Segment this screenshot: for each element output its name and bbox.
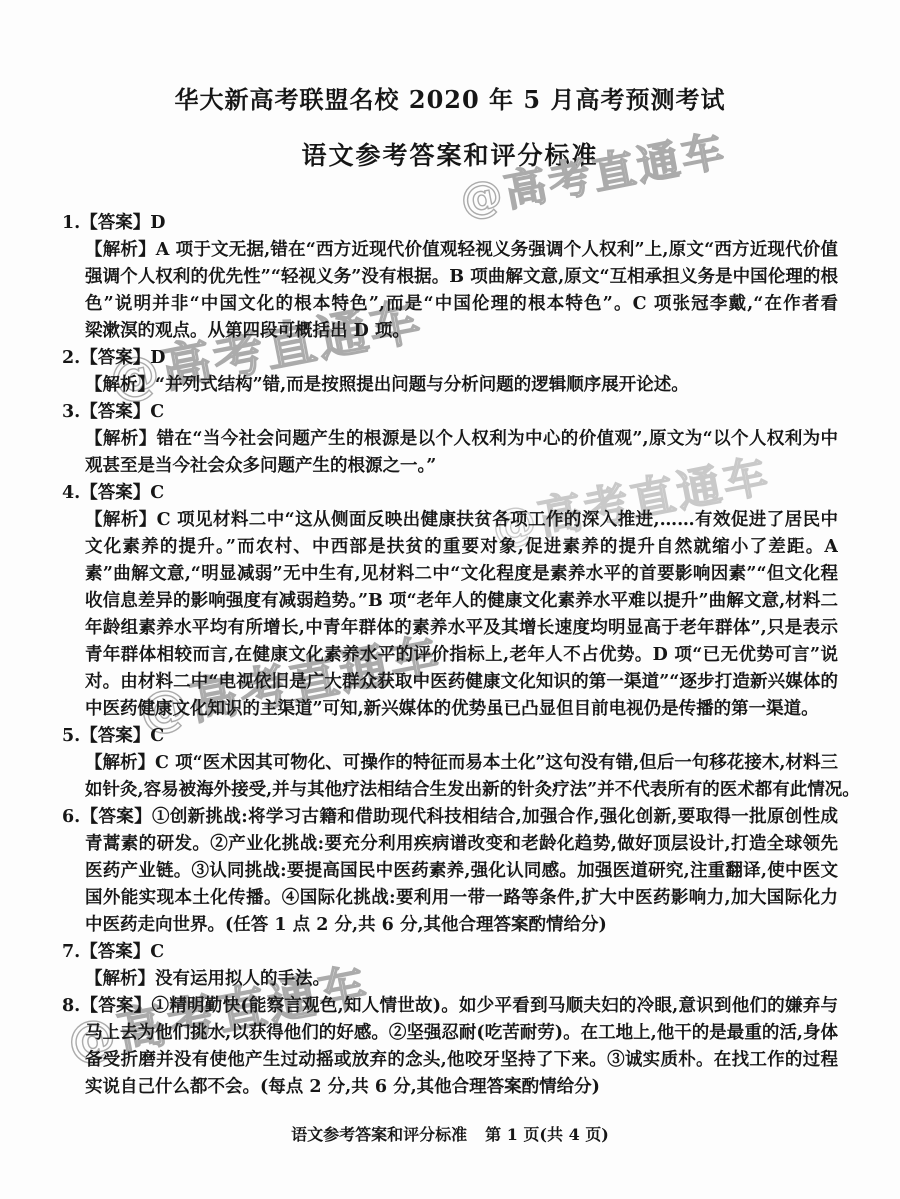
answer-line: 8.【答案】①精明勤快(能察言观色,知人情世故)。如少平看到马顺夫妇的冷眼,意识… <box>62 993 838 1020</box>
answer-line: 2.【答案】D <box>62 345 838 372</box>
answer-line: 梁漱溟的观点。从第四段可概括出 D 项。 <box>85 318 838 345</box>
answer-line: 国外能实现本土化传播。④国际化挑战:要利用一带一路等条件,扩大中医药影响力,加大… <box>85 885 838 912</box>
answer-line: 素”曲解文意,“明显减弱”无中生有,见材料二中“文化程度是素养水平的首要影响因素… <box>85 561 838 588</box>
answer-line: 备受折磨并没有使他产生过动摇或放弃的念头,他咬牙坚持了下来。③诚实质朴。在找工作… <box>85 1047 838 1074</box>
answer-line: 7.【答案】C <box>62 939 838 966</box>
page-footer: 语文参考答案和评分标准第 1 页(共 4 页) <box>0 1122 900 1145</box>
answer-line: 4.【答案】C <box>62 480 838 507</box>
page-title: 华大新高考联盟名校 2020 年 5 月高考预测考试 <box>0 80 900 115</box>
answer-item: 2.【答案】D【解析】“并列式结构”错,而是按照提出问题与分析问题的逻辑顺序展开… <box>62 345 838 399</box>
answer-line: 3.【答案】C <box>62 399 838 426</box>
answer-line: 文化素养的提升。”而农村、中西部是扶贫的重要对象,促进素养的提升自然就缩小了差距… <box>85 534 838 561</box>
answer-line: 5.【答案】C <box>62 723 838 750</box>
answer-line: 【解析】没有运用拟人的手法。 <box>85 966 838 993</box>
answer-item: 3.【答案】C【解析】错在“当今社会问题产生的根源是以个人权利为中心的价值观”,… <box>62 399 838 480</box>
footer-page-info: 第 1 页(共 4 页) <box>485 1125 609 1144</box>
footer-doc-label: 语文参考答案和评分标准 <box>291 1125 467 1144</box>
answer-line: 中医药走向世界。(任答 1 点 2 分,共 6 分,其他合理答案酌情给分) <box>85 912 838 939</box>
answer-line: 6.【答案】①创新挑战:将学习古籍和借助现代科技相结合,加强合作,强化创新,要取… <box>62 804 838 831</box>
answer-item: 6.【答案】①创新挑战:将学习古籍和借助现代科技相结合,加强合作,强化创新,要取… <box>62 804 838 939</box>
answer-line: 【解析】C 项“医术因其可物化、可操作的特征而易本土化”这句没有错,但后一句移花… <box>85 750 838 777</box>
answer-line: 【解析】A 项于文无据,错在“西方近现代价值观轻视义务强调个人权利”上,原文“西… <box>85 237 838 264</box>
answer-line: 强调个人权利的优先性”“轻视义务”没有根据。B 项曲解文意,原文“互相承担义务是… <box>85 264 838 291</box>
answer-line: 青年群体相较而言,在健康文化素养水平的评价指标上,老年人不占优势。D 项“已无优… <box>85 642 838 669</box>
answer-item: 5.【答案】C【解析】C 项“医术因其可物化、可操作的特征而易本土化”这句没有错… <box>62 723 838 804</box>
answer-item: 1.【答案】D【解析】A 项于文无据,错在“西方近现代价值观轻视义务强调个人权利… <box>62 210 838 345</box>
answer-line: 马上去为他们挑水,以获得他们的好感。②坚强忍耐(吃苦耐劳)。在工地上,他干的是最… <box>85 1020 838 1047</box>
answer-line: 实说自己什么都不会。(每点 2 分,共 6 分,其他合理答案酌情给分) <box>85 1074 838 1101</box>
answer-line: 【解析】“并列式结构”错,而是按照提出问题与分析问题的逻辑顺序展开论述。 <box>85 372 838 399</box>
answer-line: 【解析】C 项见材料二中“这从侧面反映出健康扶贫各项工作的深入推进,……有效促进… <box>85 507 838 534</box>
answer-line: 色”说明并非“中国文化的根本特色”,而是“中国伦理的根本特色”。C 项张冠李戴,… <box>85 291 838 318</box>
page-subtitle: 语文参考答案和评分标准 <box>0 136 900 172</box>
answer-item: 7.【答案】C【解析】没有运用拟人的手法。 <box>62 939 838 993</box>
answer-item: 8.【答案】①精明勤快(能察言观色,知人情世故)。如少平看到马顺夫妇的冷眼,意识… <box>62 993 838 1101</box>
answer-line: 医药产业链。③认同挑战:要提高国民中医药素养,强化认同感。加强医道研究,注重翻译… <box>85 858 838 885</box>
answers-body: 1.【答案】D【解析】A 项于文无据,错在“西方近现代价值观轻视义务强调个人权利… <box>62 210 838 1101</box>
answer-line: 收信息差异的影响强度有减弱趋势。”B 项“老年人的健康文化素养水平难以提升”曲解… <box>85 588 838 615</box>
answer-line: 【解析】错在“当今社会问题产生的根源是以个人权利为中心的价值观”,原文为“以个人… <box>85 426 838 453</box>
answer-line: 如针灸,容易被海外接受,并与其他疗法相结合生发出新的针灸疗法”并不代表所有的医术… <box>85 777 838 804</box>
answer-line: 1.【答案】D <box>62 210 838 237</box>
answer-line: 对。由材料二中“电视依旧是广大群众获取中医药健康文化知识的第一渠道”“逐步打造新… <box>85 669 838 696</box>
answer-line: 中医药健康文化知识的主渠道”可知,新兴媒体的优势虽已凸显但目前电视仍是传播的第一… <box>85 696 838 723</box>
answer-item: 4.【答案】C【解析】C 项见材料二中“这从侧面反映出健康扶贫各项工作的深入推进… <box>62 480 838 723</box>
answer-line: 青蒿素的研发。②产业化挑战:要充分利用疾病谱改变和老龄化趋势,做好顶层设计,打造… <box>85 831 838 858</box>
answer-line: 年龄组素养水平均有所增长,中青年群体的素养水平及其增长速度均明显高于老年群体”,… <box>85 615 838 642</box>
answer-line: 观甚至是当今社会众多问题产生的根源之一。” <box>85 453 838 480</box>
